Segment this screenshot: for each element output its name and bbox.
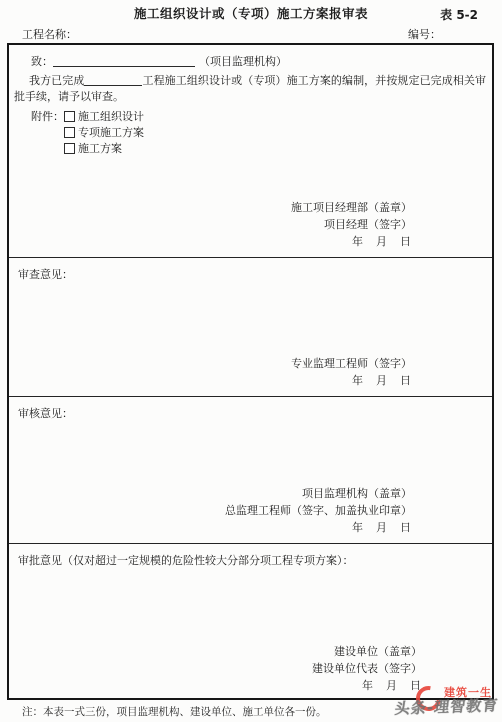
section-submission: 致：（项目监理机构） 我方已完成工程施工组织设计或（专项）施工方案的编制，并按规…: [9, 45, 492, 258]
to-label: 致：: [31, 55, 53, 68]
checkbox-label: 专项施工方案: [78, 125, 144, 141]
checkbox-icon[interactable]: [64, 111, 75, 122]
owner-signature-block: 建设单位（盖章） 建设单位代表（签字） 年 月 日: [9, 643, 492, 694]
to-org-suffix: （项目监理机构）: [199, 55, 287, 68]
date-line: 年 月 日: [9, 372, 412, 389]
date-line: 年 月 日: [9, 677, 422, 694]
audit-opinion-heading: 审核意见：: [9, 397, 492, 422]
form-title: 施工组织设计或（专项）施工方案报审表: [0, 6, 502, 23]
monitoring-org-blank-field[interactable]: [53, 54, 195, 67]
scanned-form-page: 施工组织设计或（专项）施工方案报审表 表 5-2 工程名称： 编号： 致：（项目…: [0, 0, 502, 722]
chief-engineer-signature-block: 项目监理机构（盖章） 总监理工程师（签字、加盖执业印章） 年 月 日: [9, 485, 492, 536]
declaration-paragraph: 我方已完成工程施工组织设计或（专项）施工方案的编制，并按规定已完成相关审批手续，…: [14, 73, 486, 105]
sig-line-dept-seal: 施工项目经理部（盖章）: [9, 199, 412, 216]
number-label: 编号：: [408, 28, 441, 43]
section-audit-opinion: 审核意见： 项目监理机构（盖章） 总监理工程师（签字、加盖执业印章） 年 月 日: [9, 397, 492, 544]
approval-opinion-heading: 审批意见（仅对超过一定规模的危险性较大分部分项工程专项方案）：: [9, 544, 492, 569]
attachment-option-construction-org-design: 施工组织设计: [64, 109, 144, 125]
attachment-option-construction-plan: 施工方案: [64, 141, 144, 157]
project-name-label: 工程名称：: [22, 28, 77, 43]
declaration-prefix: 我方已完成: [29, 74, 84, 87]
checkbox-label: 施工组织设计: [78, 109, 144, 125]
section-approval-opinion: 审批意见（仅对超过一定规模的危险性较大分部分项工程专项方案）： 建设单位（盖章）…: [9, 544, 492, 698]
attachment-options: 施工组织设计 专项施工方案 施工方案: [64, 109, 144, 157]
attachments-block: 附件： 施工组织设计 专项施工方案 施工方案: [31, 109, 492, 157]
sig-line-supervising-engineer: 专业监理工程师（签字）: [9, 355, 412, 372]
attachment-option-special-plan: 专项施工方案: [64, 125, 144, 141]
date-line: 年 月 日: [9, 233, 412, 250]
checkbox-icon[interactable]: [64, 143, 75, 154]
footer-note: 注：本表一式三份，项目监理机构、建设单位、施工单位各一份。: [22, 705, 327, 719]
project-name-blank-field[interactable]: [84, 73, 142, 86]
sig-line-owner-seal: 建设单位（盖章）: [9, 643, 422, 660]
section-review-opinion: 审查意见： 专业监理工程师（签字） 年 月 日: [9, 258, 492, 397]
contractor-signature-block: 施工项目经理部（盖章） 项目经理（签字） 年 月 日: [9, 199, 492, 250]
form-table: 致：（项目监理机构） 我方已完成工程施工组织设计或（专项）施工方案的编制，并按规…: [7, 43, 494, 700]
supervising-engineer-signature-block: 专业监理工程师（签字） 年 月 日: [9, 355, 492, 389]
sig-line-owner-representative: 建设单位代表（签字）: [9, 660, 422, 677]
sig-line-chief-engineer: 总监理工程师（签字、加盖执业印章）: [9, 502, 412, 519]
sig-line-project-manager: 项目经理（签字）: [9, 216, 412, 233]
date-line: 年 月 日: [9, 519, 412, 536]
sig-line-monitoring-org-seal: 项目监理机构（盖章）: [9, 485, 412, 502]
attachments-label: 附件：: [31, 109, 64, 157]
table-number: 表 5-2: [440, 7, 478, 23]
review-opinion-heading: 审查意见：: [9, 258, 492, 283]
checkbox-icon[interactable]: [64, 127, 75, 138]
to-line: 致：（项目监理机构）: [31, 54, 492, 70]
checkbox-label: 施工方案: [78, 141, 122, 157]
